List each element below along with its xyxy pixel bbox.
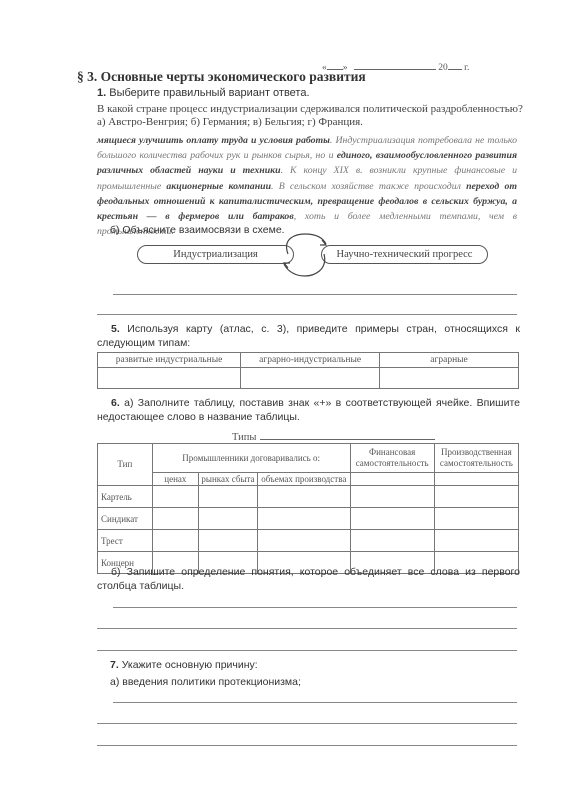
task5-col-agro-industrial: аграрно-индустриальные: [241, 353, 380, 368]
task7-number: 7.: [110, 659, 119, 671]
task7-instruction-text: Укажите основную причину:: [122, 659, 258, 671]
answer-text-bold: акционерные компании: [166, 181, 271, 192]
answer-text-bold: мящиеся улучшить оплату труда и условия …: [97, 135, 330, 146]
task5-answer-agro-industrial[interactable]: [241, 368, 380, 389]
table-cell[interactable]: [350, 530, 434, 552]
table-cell[interactable]: [350, 486, 434, 508]
task6-subheader-production-empty: [434, 473, 518, 486]
section-title: § 3. Основные черты экономического разви…: [77, 69, 366, 85]
task1-options: а) Австро-Венгрия; б) Германия; в) Бельг…: [97, 116, 363, 127]
task7-answer-line-3[interactable]: [97, 745, 517, 746]
task5-col-agrarian: аграрные: [380, 353, 519, 368]
scheme-answer-line-2[interactable]: [97, 314, 517, 315]
task6-header-agreed-on: Промышленники договаривались о:: [152, 444, 350, 473]
task7-answer-line-1[interactable]: [113, 702, 517, 703]
task7-instruction: 7. Укажите основную причину:: [110, 659, 258, 671]
date-year-blank[interactable]: [448, 60, 462, 70]
task6-title-prefix: Типы: [232, 432, 256, 443]
date-year-prefix: 20: [438, 63, 448, 73]
scheme-node-scientific-progress: Научно-технический прогресс: [321, 245, 488, 264]
task5-answer-agrarian[interactable]: [380, 368, 519, 389]
task1-number: 1.: [97, 87, 106, 99]
task6-subheader-markets: рынках сбыта: [199, 473, 258, 486]
table-cell[interactable]: [257, 486, 350, 508]
task6b-answer-line-1[interactable]: [113, 607, 517, 608]
table-row: Синдикат: [98, 508, 519, 530]
task6b-instruction: б) Запишите определение понятия, которое…: [97, 565, 520, 593]
task6-subheader-volumes: объемах производства: [257, 473, 350, 486]
task5-table: развитые индустриальные аграрно-индустри…: [97, 352, 519, 389]
bidirectional-arrows-icon: [280, 232, 330, 278]
table-cell[interactable]: [152, 508, 198, 530]
task6-instruction-text: а) Заполните таблицу, поставив знак «+» …: [97, 397, 520, 423]
table-cell[interactable]: [434, 486, 518, 508]
answer-text: . В сельском хозяйстве также происходил: [271, 181, 466, 192]
task6-title-blank[interactable]: [260, 429, 435, 440]
task6-subheader-financial-empty: [350, 473, 434, 486]
scheme-answer-line-1[interactable]: [113, 294, 517, 295]
table-cell[interactable]: [257, 508, 350, 530]
task6-number: 6.: [111, 397, 120, 409]
task5-number: 5.: [111, 323, 120, 335]
table-cell[interactable]: [434, 508, 518, 530]
scheme-instruction: б) Объясните взаимосвязи в схеме.: [110, 224, 285, 236]
task6-header-type: Тип: [98, 444, 153, 486]
task6-instruction: 6. а) Заполните таблицу, поставив знак «…: [97, 396, 520, 424]
task1-instruction: 1. Выберите правильный вариант ответа.: [97, 87, 310, 99]
date-month-blank[interactable]: [354, 60, 436, 70]
table-row: Трест: [98, 530, 519, 552]
task6-header-financial: Финансовая самостоятельность: [350, 444, 434, 473]
task1-question: В какой стране процесс индустриализации …: [97, 103, 523, 115]
task7-item-a: а) введения политики протекционизма;: [110, 676, 301, 688]
task6-table: Тип Промышленники договаривались о: Фина…: [97, 443, 519, 574]
task5-instruction: 5. Используя карту (атлас, с. 3), привед…: [97, 322, 520, 350]
table-cell[interactable]: [199, 508, 258, 530]
task6b-answer-line-2[interactable]: [97, 628, 517, 629]
scheme-node-industrialization: Индустриализация: [137, 245, 294, 264]
row-label-trust: Трест: [98, 530, 153, 552]
task6-subheader-prices: ценах: [152, 473, 198, 486]
table-cell[interactable]: [152, 486, 198, 508]
task6-table-title: Типы: [232, 429, 435, 443]
row-label-syndicate: Синдикат: [98, 508, 153, 530]
table-cell[interactable]: [434, 530, 518, 552]
table-cell[interactable]: [257, 530, 350, 552]
task5-instruction-text: Используя карту (атлас, с. 3), приведите…: [97, 323, 520, 349]
table-row: Картель: [98, 486, 519, 508]
date-suffix: г.: [464, 63, 469, 73]
task1-instruction-text: Выберите правильный вариант ответа.: [109, 87, 309, 99]
table-cell[interactable]: [350, 508, 434, 530]
table-cell[interactable]: [199, 486, 258, 508]
task6b-answer-line-3[interactable]: [97, 650, 517, 651]
task6-header-production: Производственная самостоятельность: [434, 444, 518, 473]
task7-answer-line-2[interactable]: [97, 723, 517, 724]
task5-col-developed: развитые индустриальные: [98, 353, 241, 368]
table-cell[interactable]: [152, 530, 198, 552]
task5-answer-developed[interactable]: [98, 368, 241, 389]
row-label-cartel: Картель: [98, 486, 153, 508]
table-cell[interactable]: [199, 530, 258, 552]
